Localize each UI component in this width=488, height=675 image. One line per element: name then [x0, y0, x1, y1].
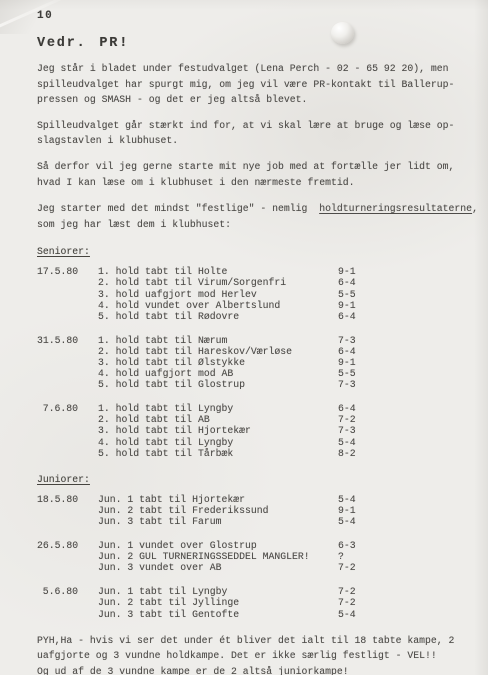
- match-score: 7-2: [338, 414, 378, 425]
- paragraph-line: PYH,Ha - hvis vi ser det under ét bliver…: [37, 633, 457, 649]
- starter-paragraph: Jeg starter med det mindst "festlige" - …: [37, 201, 457, 232]
- paragraph-line: hvad I kan læse om i klubhuset i den nær…: [37, 175, 457, 191]
- scanned-page: 10 Vedr. PR! Jeg står i bladet under fes…: [0, 0, 488, 675]
- match-date: [37, 289, 78, 300]
- match-description: Jun. 2 tabt til Frederikssund: [98, 505, 338, 516]
- match-date: [37, 277, 78, 288]
- match-block: 31.5.801. hold tabt til Nærum7-32. hold …: [37, 335, 457, 390]
- match-date: [37, 300, 78, 311]
- match-date: 26.5.80: [37, 540, 78, 551]
- match-score: 7-3: [338, 335, 378, 346]
- match-description: 4. hold vundet over Albertslund: [98, 300, 338, 311]
- match-description: Jun. 2 tabt til Jyllinge: [98, 597, 338, 608]
- page-number: 10: [37, 10, 457, 22]
- match-score: 5-4: [338, 494, 378, 505]
- paragraph-line: pressen og SMASH - og det er jeg altså b…: [37, 92, 457, 108]
- match-date: 5.6.80: [37, 586, 78, 597]
- match-description: 2. hold tabt til AB: [98, 414, 338, 425]
- match-row: 2. hold tabt til AB7-2: [37, 414, 457, 425]
- match-date: [37, 597, 78, 608]
- match-row: Jun. 3 vundet over AB7-2: [37, 562, 457, 573]
- match-row: 26.5.80Jun. 1 vundet over Glostrup6-3: [37, 540, 457, 551]
- match-row: 18.5.80Jun. 1 tabt til Hjortekær5-4: [37, 494, 457, 505]
- match-row: 5. hold tabt til Glostrup7-3: [37, 379, 457, 390]
- match-block: 18.5.80Jun. 1 tabt til Hjortekær5-4Jun. …: [37, 494, 457, 527]
- match-row: 7.6.801. hold tabt til Lyngby6-4: [37, 403, 457, 414]
- match-row: Jun. 2 GUL TURNERINGSSEDDEL MANGLER!?: [37, 551, 457, 562]
- closing-paragraph: PYH,Ha - hvis vi ser det under ét bliver…: [37, 633, 457, 675]
- match-date: [37, 368, 78, 379]
- paragraph-line: Spilleudvalget går stærkt ind for, at vi…: [37, 118, 457, 134]
- match-date: 18.5.80: [37, 494, 78, 505]
- paragraph-line: Så derfor vil jeg gerne starte mit nye j…: [37, 159, 457, 175]
- match-block: 5.6.80Jun. 1 tabt til Lyngby7-2Jun. 2 ta…: [37, 586, 457, 619]
- match-score: 5-4: [338, 437, 378, 448]
- match-date: [37, 516, 78, 527]
- match-score: 9-1: [338, 300, 378, 311]
- section-heading: Seniorer:: [37, 244, 457, 259]
- match-date: [37, 437, 78, 448]
- match-description: 5. hold tabt til Glostrup: [98, 379, 338, 390]
- match-score: 7-2: [338, 597, 378, 608]
- match-date: [37, 505, 78, 516]
- match-score: 5-4: [338, 609, 378, 620]
- match-score: 9-1: [338, 505, 378, 516]
- match-date: 17.5.80: [37, 266, 78, 277]
- match-block: 7.6.801. hold tabt til Lyngby6-42. hold …: [37, 403, 457, 458]
- paragraph: Så derfor vil jeg gerne starte mit nye j…: [37, 159, 457, 190]
- match-row: 31.5.801. hold tabt til Nærum7-3: [37, 335, 457, 346]
- intro-paragraphs: Jeg står i bladet under festudvalget (Le…: [37, 61, 457, 190]
- paragraph: Jeg står i bladet under festudvalget (Le…: [37, 61, 457, 108]
- results-section: Seniorer:17.5.801. hold tabt til Holte9-…: [37, 244, 457, 458]
- match-description: Jun. 1 vundet over Glostrup: [98, 540, 338, 551]
- match-row: 2. hold tabt til Virum/Sorgenfri6-4: [37, 277, 457, 288]
- match-row: 3. hold tabt til Ølstykke9-1: [37, 357, 457, 368]
- match-score: 7-2: [338, 586, 378, 597]
- starter-prefix: Jeg starter med det mindst "festlige" - …: [37, 203, 319, 214]
- match-row: Jun. 3 tabt til Gentofte5-4: [37, 609, 457, 620]
- match-row: 2. hold tabt til Hareskov/Værløse6-4: [37, 346, 457, 357]
- match-score: 5-5: [338, 368, 378, 379]
- match-score: ?: [338, 551, 378, 562]
- match-score: 6-3: [338, 540, 378, 551]
- match-row: Jun. 3 tabt til Farum5-4: [37, 516, 457, 527]
- match-score: 9-1: [338, 266, 378, 277]
- match-description: 4. hold tabt til Lyngby: [98, 437, 338, 448]
- match-date: [37, 357, 78, 368]
- match-description: 1. hold tabt til Holte: [98, 266, 338, 277]
- match-date: [37, 609, 78, 620]
- match-row: 5.6.80Jun. 1 tabt til Lyngby7-2: [37, 586, 457, 597]
- match-row: 4. hold uafgjort mod AB5-5: [37, 368, 457, 379]
- match-row: Jun. 2 tabt til Jyllinge7-2: [37, 597, 457, 608]
- match-description: 3. hold tabt til Ølstykke: [98, 357, 338, 368]
- match-description: Jun. 2 GUL TURNERINGSSEDDEL MANGLER!: [98, 551, 338, 562]
- paragraph-line: slagstavlen i klubhuset.: [37, 133, 457, 149]
- match-date: [37, 562, 78, 573]
- match-score: 8-2: [338, 448, 378, 459]
- match-score: 7-3: [338, 379, 378, 390]
- match-description: 5. hold tabt til Rødovre: [98, 311, 338, 322]
- match-date: [37, 551, 78, 562]
- match-description: Jun. 3 tabt til Gentofte: [98, 609, 338, 620]
- match-row: 3. hold uafgjort mod Herlev5-5: [37, 289, 457, 300]
- match-score: 7-2: [338, 562, 378, 573]
- match-row: 5. hold tabt til Tårbæk8-2: [37, 448, 457, 459]
- match-score: 9-1: [338, 357, 378, 368]
- match-description: 3. hold uafgjort mod Herlev: [98, 289, 338, 300]
- section-heading: Juniorer:: [37, 472, 457, 487]
- match-block: 17.5.801. hold tabt til Holte9-12. hold …: [37, 266, 457, 321]
- match-row: 5. hold tabt til Rødovre6-4: [37, 311, 457, 322]
- match-description: Jun. 1 tabt til Lyngby: [98, 586, 338, 597]
- page-title: Vedr. PR!: [37, 36, 457, 51]
- paragraph-line: Jeg står i bladet under festudvalget (Le…: [37, 61, 457, 77]
- paragraph-line: Og ud af de 3 vundne kampe er de 2 altså…: [37, 664, 457, 675]
- match-row: 4. hold tabt til Lyngby5-4: [37, 437, 457, 448]
- match-description: 2. hold tabt til Hareskov/Værløse: [98, 346, 338, 357]
- match-row: 4. hold vundet over Albertslund9-1: [37, 300, 457, 311]
- match-score: 6-4: [338, 311, 378, 322]
- match-score: 5-4: [338, 516, 378, 527]
- match-date: [37, 414, 78, 425]
- match-description: 4. hold uafgjort mod AB: [98, 368, 338, 379]
- match-score: 6-4: [338, 277, 378, 288]
- match-date: 7.6.80: [37, 403, 78, 414]
- match-date: [37, 425, 78, 436]
- paragraph: Spilleudvalget går stærkt ind for, at vi…: [37, 118, 457, 149]
- match-row: 17.5.801. hold tabt til Holte9-1: [37, 266, 457, 277]
- match-row: Jun. 2 tabt til Frederikssund9-1: [37, 505, 457, 516]
- match-description: Jun. 3 tabt til Farum: [98, 516, 338, 527]
- match-row: 3. hold tabt til Hjortekær7-3: [37, 425, 457, 436]
- match-description: 2. hold tabt til Virum/Sorgenfri: [98, 277, 338, 288]
- results-section: Juniorer:18.5.80Jun. 1 tabt til Hjortekæ…: [37, 472, 457, 620]
- match-description: Jun. 3 vundet over AB: [98, 562, 338, 573]
- match-description: Jun. 1 tabt til Hjortekær: [98, 494, 338, 505]
- match-block: 26.5.80Jun. 1 vundet over Glostrup6-3Jun…: [37, 540, 457, 573]
- match-date: [37, 346, 78, 357]
- match-description: 5. hold tabt til Tårbæk: [98, 448, 338, 459]
- match-score: 5-5: [338, 289, 378, 300]
- results-sections: Seniorer:17.5.801. hold tabt til Holte9-…: [37, 244, 457, 619]
- paragraph-line: spilleudvalget har spurgt mig, om jeg vi…: [37, 77, 457, 93]
- paragraph-line: uafgjorte og 3 vundne holdkampe. Det er …: [37, 648, 457, 664]
- match-description: 1. hold tabt til Nærum: [98, 335, 338, 346]
- match-description: 1. hold tabt til Lyngby: [98, 403, 338, 414]
- paragraph-line: som jeg har læst dem i klubhuset:: [37, 217, 457, 233]
- match-date: [37, 311, 78, 322]
- match-date: [37, 448, 78, 459]
- match-date: [37, 379, 78, 390]
- match-description: 3. hold tabt til Hjortekær: [98, 425, 338, 436]
- match-score: 6-4: [338, 403, 378, 414]
- starter-suffix: ,: [472, 203, 478, 214]
- underlined-term: holdturneringsresultaterne: [319, 203, 472, 214]
- match-date: 31.5.80: [37, 335, 78, 346]
- paragraph-line: Jeg starter med det mindst "festlige" - …: [37, 201, 457, 217]
- page-content: 10 Vedr. PR! Jeg står i bladet under fes…: [37, 10, 457, 675]
- match-score: 6-4: [338, 346, 378, 357]
- match-score: 7-3: [338, 425, 378, 436]
